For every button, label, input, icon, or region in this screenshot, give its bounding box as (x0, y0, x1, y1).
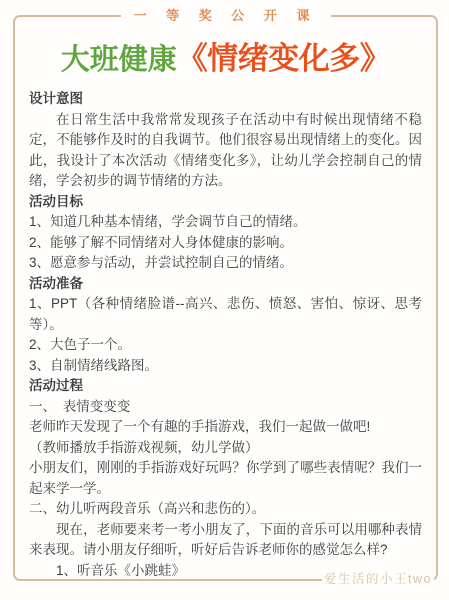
section-heading-goals: 活动目标 (29, 192, 422, 213)
document-body: 设计意图 在日常生活中我常常发现孩子在活动中有时候出现情绪不稳定，不能够作及时的… (29, 89, 422, 581)
process-step-1-line-1: 老师昨天发现了一个有趣的手指游戏，我们一起做一做吧! (29, 417, 422, 438)
goal-item-2: 2、能够了解不同情绪对人身体健康的影响。 (29, 233, 422, 254)
section-heading-preparation: 活动准备 (29, 274, 422, 295)
process-step-1-title: 一、 表情变变变 (29, 397, 422, 418)
title-lesson-name: 《情绪变化多》 (177, 41, 391, 76)
process-step-2-line-1: 现在，老师要来考一考小朋友了，下面的音乐可以用哪种表情来表现。请小朋友仔细听，听… (29, 520, 422, 561)
page-title: 大班健康《情绪变化多》 (15, 38, 436, 80)
section-heading-design-intent: 设计意图 (29, 89, 422, 110)
process-step-2-title: 二、幼儿听两段音乐（高兴和悲伤的）。 (29, 499, 422, 520)
section-heading-process: 活动过程 (29, 376, 422, 397)
title-class-subject: 大班健康 (61, 44, 177, 76)
decorative-frame: 一 等 奖 公 开 课 大班健康《情绪变化多》 设计意图 在日常生活中我常常发现… (13, 15, 438, 581)
goal-item-3: 3、愿意参与活动，并尝试控制自己的情绪。 (29, 253, 422, 274)
goal-item-1: 1、知道几种基本情绪，学会调节自己的情绪。 (29, 212, 422, 233)
watermark: 爱生活的小王two (322, 569, 434, 587)
preparation-item-3: 3、自制情绪线路图。 (29, 356, 422, 377)
process-step-1-line-3: 小朋友们，刚刚的手指游戏好玩吗？你学到了哪些表情呢？我们一起来学一学。 (29, 458, 422, 499)
paragraph-design-intent: 在日常生活中我常常发现孩子在活动中有时候出现情绪不稳定，不能够作及时的自我调节。… (29, 110, 422, 192)
award-ribbon-label: 一 等 奖 公 开 课 (120, 7, 330, 25)
preparation-item-2: 2、大色子一个。 (29, 335, 422, 356)
process-step-1-line-2: （教师播放手指游戏视频，幼儿学做） (29, 438, 422, 459)
lesson-plan-page: 一 等 奖 公 开 课 大班健康《情绪变化多》 设计意图 在日常生活中我常常发现… (0, 0, 449, 600)
preparation-item-1: 1、PPT（各种情绪脸谱--高兴、悲伤、愤怒、害怕、惊讶、思考等）。 (29, 294, 422, 335)
